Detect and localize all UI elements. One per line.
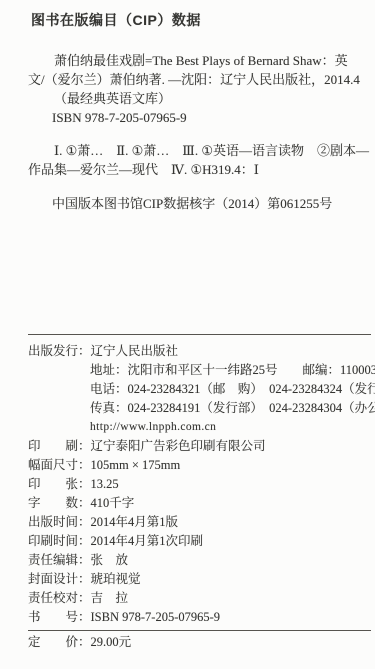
publisher-fax-line: 传真：024-23284191（发行部） 024-23284304（办公室） bbox=[90, 399, 371, 418]
info-value: 2014年4月第1次印刷 bbox=[91, 532, 204, 551]
print-info-block: 印 刷： 辽宁泰阳广告彩色印刷有限公司 幅面尺寸： 105mm × 175mm … bbox=[28, 437, 371, 627]
publisher-row: 出版发行： 辽宁人民出版社 bbox=[28, 342, 371, 361]
info-row-proofreader: 责任校对： 吉 拉 bbox=[28, 589, 371, 608]
divider-bottom bbox=[28, 630, 371, 631]
cip-classification-block: Ⅰ. ①萧… Ⅱ. ①萧… Ⅲ. ①英语—语言读物 ②剧本— 作品集—爱尔兰—现… bbox=[28, 141, 371, 179]
info-label: 责任编辑： bbox=[28, 551, 91, 570]
info-label: 幅面尺寸： bbox=[28, 456, 91, 475]
cip-archive-number: 中国版本图书馆CIP数据核字（2014）第061255号 bbox=[28, 194, 371, 213]
info-label: 责任校对： bbox=[28, 589, 91, 608]
info-row-booknumber: 书 号： ISBN 978-7-205-07965-9 bbox=[28, 608, 371, 627]
cip-series-line: （最经典英语文库） bbox=[28, 89, 371, 108]
info-value: 辽宁泰阳广告彩色印刷有限公司 bbox=[91, 437, 266, 456]
info-label: 印 张： bbox=[28, 475, 91, 494]
cip-heading: 图书在版编目（CIP）数据 bbox=[31, 10, 371, 30]
price-row: 定 价： 29.00元 bbox=[28, 633, 371, 652]
divider-top bbox=[28, 334, 371, 335]
cip-isbn-line: ISBN 978-7-205-07965-9 bbox=[28, 108, 371, 127]
info-row-printdate: 印刷时间： 2014年4月第1次印刷 bbox=[28, 532, 371, 551]
cip-class-line: 作品集—爱尔兰—现代 Ⅳ. ①H319.4：Ⅰ bbox=[28, 160, 371, 179]
info-value: 琥珀视觉 bbox=[91, 570, 141, 589]
cip-record-block: 萧伯纳最佳戏剧=The Best Plays of Bernard Shaw：英… bbox=[28, 51, 371, 127]
info-row-wordcount: 字 数： 410千字 bbox=[28, 494, 371, 513]
cip-record-line: 萧伯纳最佳戏剧=The Best Plays of Bernard Shaw：英 bbox=[28, 51, 371, 70]
cip-class-line: Ⅰ. ①萧… Ⅱ. ①萧… Ⅲ. ①英语—语言读物 ②剧本— bbox=[28, 141, 371, 160]
publisher-phone-line: 电话：024-23284321（邮 购） 024-23284324（发行部） bbox=[90, 380, 371, 399]
info-value: ISBN 978-7-205-07965-9 bbox=[91, 608, 221, 627]
blank-space bbox=[28, 213, 371, 334]
info-value: 410千字 bbox=[91, 494, 135, 513]
info-value: 吉 拉 bbox=[91, 589, 129, 608]
price-label: 定 价： bbox=[28, 633, 91, 652]
info-row-pubdate: 出版时间： 2014年4月第1版 bbox=[28, 513, 371, 532]
cip-record-line: 文/（爱尔兰）萧伯纳著. —沈阳：辽宁人民出版社，2014.4 bbox=[28, 70, 371, 89]
info-label: 出版时间： bbox=[28, 513, 91, 532]
info-value: 13.25 bbox=[91, 475, 119, 494]
publisher-address-line: 地址：沈阳市和平区十一纬路25号 邮编：110003 bbox=[90, 361, 371, 380]
info-value: 105mm × 175mm bbox=[91, 456, 181, 475]
info-label: 书 号： bbox=[28, 608, 91, 627]
info-row-editor: 责任编辑： 张 放 bbox=[28, 551, 371, 570]
info-row-size: 幅面尺寸： 105mm × 175mm bbox=[28, 456, 371, 475]
info-label: 字 数： bbox=[28, 494, 91, 513]
info-label: 印 刷： bbox=[28, 437, 91, 456]
publisher-name: 辽宁人民出版社 bbox=[91, 342, 179, 361]
publisher-label: 出版发行： bbox=[28, 342, 91, 361]
price-value: 29.00元 bbox=[91, 633, 132, 652]
info-label: 印刷时间： bbox=[28, 532, 91, 551]
info-row-coverdesign: 封面设计： 琥珀视觉 bbox=[28, 570, 371, 589]
info-label: 封面设计： bbox=[28, 570, 91, 589]
info-row-printer: 印 刷： 辽宁泰阳广告彩色印刷有限公司 bbox=[28, 437, 371, 456]
cip-copyright-page: 图书在版编目（CIP）数据 萧伯纳最佳戏剧=The Best Plays of … bbox=[0, 0, 375, 669]
publisher-details: 地址：沈阳市和平区十一纬路25号 邮编：110003 电话：024-232843… bbox=[90, 361, 371, 437]
info-row-sheets: 印 张： 13.25 bbox=[28, 475, 371, 494]
info-value: 2014年4月第1版 bbox=[91, 513, 179, 532]
publisher-url: http://www.lnpph.com.cn bbox=[90, 418, 371, 437]
info-value: 张 放 bbox=[91, 551, 129, 570]
publisher-block: 出版发行： 辽宁人民出版社 地址：沈阳市和平区十一纬路25号 邮编：110003… bbox=[28, 342, 371, 437]
